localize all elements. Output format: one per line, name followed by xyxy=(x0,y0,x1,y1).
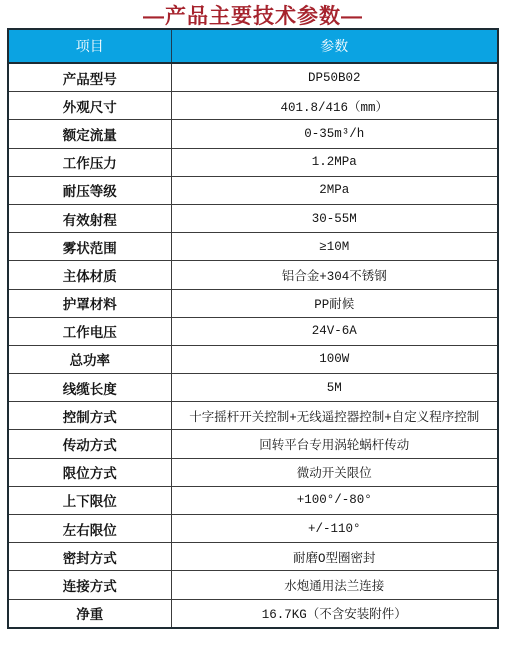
value-cell: 0-35m³/h xyxy=(171,120,498,148)
spec-table: 项目 参数 产品型号DP50B02外观尺寸401.8/416（mm）额定流量0-… xyxy=(7,28,499,629)
column-header-item: 项目 xyxy=(8,29,171,63)
column-header-value: 参数 xyxy=(171,29,498,63)
item-cell: 连接方式 xyxy=(8,571,171,599)
table-header-row: 项目 参数 xyxy=(8,29,498,63)
item-cell: 护罩材料 xyxy=(8,289,171,317)
value-cell: 16.7KG（不含安装附件） xyxy=(171,599,498,628)
item-cell: 密封方式 xyxy=(8,543,171,571)
table-row: 护罩材料PP耐候 xyxy=(8,289,498,317)
item-cell: 有效射程 xyxy=(8,204,171,232)
table-row: 限位方式微动开关限位 xyxy=(8,458,498,486)
table-row: 传动方式回转平台专用涡轮蜗杆传动 xyxy=(8,430,498,458)
table-row: 雾状范围≥10M xyxy=(8,233,498,261)
table-row: 线缆长度5M xyxy=(8,374,498,402)
table-row: 外观尺寸401.8/416（mm） xyxy=(8,92,498,120)
value-cell: ≥10M xyxy=(171,233,498,261)
table-row: 净重16.7KG（不含安装附件） xyxy=(8,599,498,628)
table-row: 有效射程30-55M xyxy=(8,204,498,232)
value-cell: +100°/-80° xyxy=(171,486,498,514)
item-cell: 总功率 xyxy=(8,345,171,373)
value-cell: 100W xyxy=(171,345,498,373)
value-cell: 回转平台专用涡轮蜗杆传动 xyxy=(171,430,498,458)
spec-table-body: 产品型号DP50B02外观尺寸401.8/416（mm）额定流量0-35m³/h… xyxy=(8,63,498,628)
item-cell: 左右限位 xyxy=(8,515,171,543)
value-cell: PP耐候 xyxy=(171,289,498,317)
item-cell: 控制方式 xyxy=(8,402,171,430)
value-cell: 2MPa xyxy=(171,176,498,204)
table-row: 工作电压24V-6A xyxy=(8,317,498,345)
item-cell: 雾状范围 xyxy=(8,233,171,261)
value-cell: 十字摇杆开关控制+无线遥控器控制+自定义程序控制 xyxy=(171,402,498,430)
value-cell: 30-55M xyxy=(171,204,498,232)
item-cell: 额定流量 xyxy=(8,120,171,148)
item-cell: 上下限位 xyxy=(8,486,171,514)
table-row: 总功率100W xyxy=(8,345,498,373)
value-cell: +/-110° xyxy=(171,515,498,543)
value-cell: DP50B02 xyxy=(171,63,498,92)
item-cell: 工作电压 xyxy=(8,317,171,345)
table-row: 控制方式十字摇杆开关控制+无线遥控器控制+自定义程序控制 xyxy=(8,402,498,430)
table-row: 产品型号DP50B02 xyxy=(8,63,498,92)
item-cell: 外观尺寸 xyxy=(8,92,171,120)
value-cell: 401.8/416（mm） xyxy=(171,92,498,120)
item-cell: 传动方式 xyxy=(8,430,171,458)
table-row: 工作压力1.2MPa xyxy=(8,148,498,176)
item-cell: 线缆长度 xyxy=(8,374,171,402)
value-cell: 微动开关限位 xyxy=(171,458,498,486)
page-title: —产品主要技术参数— xyxy=(0,0,506,28)
table-row: 左右限位+/-110° xyxy=(8,515,498,543)
value-cell: 1.2MPa xyxy=(171,148,498,176)
value-cell: 水炮通用法兰连接 xyxy=(171,571,498,599)
value-cell: 24V-6A xyxy=(171,317,498,345)
item-cell: 净重 xyxy=(8,599,171,628)
item-cell: 主体材质 xyxy=(8,261,171,289)
table-row: 密封方式耐磨O型圈密封 xyxy=(8,543,498,571)
value-cell: 5M xyxy=(171,374,498,402)
table-row: 耐压等级2MPa xyxy=(8,176,498,204)
table-row: 上下限位+100°/-80° xyxy=(8,486,498,514)
table-row: 主体材质铝合金+304不锈钢 xyxy=(8,261,498,289)
value-cell: 铝合金+304不锈钢 xyxy=(171,261,498,289)
item-cell: 耐压等级 xyxy=(8,176,171,204)
value-cell: 耐磨O型圈密封 xyxy=(171,543,498,571)
table-row: 连接方式水炮通用法兰连接 xyxy=(8,571,498,599)
item-cell: 工作压力 xyxy=(8,148,171,176)
table-row: 额定流量0-35m³/h xyxy=(8,120,498,148)
item-cell: 产品型号 xyxy=(8,63,171,92)
item-cell: 限位方式 xyxy=(8,458,171,486)
